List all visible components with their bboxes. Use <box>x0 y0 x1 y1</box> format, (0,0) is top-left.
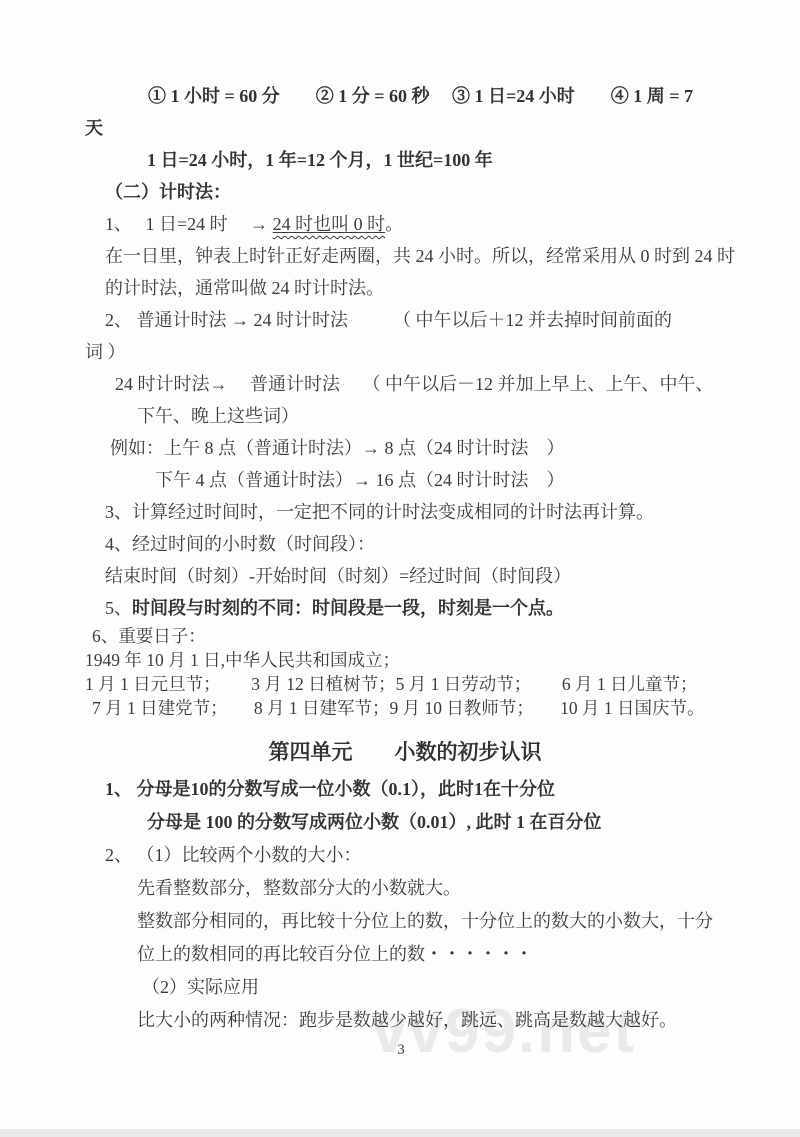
document-page: vv99.net ① 1 小时 = 60 分 ② 1 分 = 60 秒 ③ 1 … <box>0 0 800 1137</box>
timing-item-2-line-2: 词 ） <box>85 336 725 368</box>
timing-section-heading: （二）计时法： <box>85 176 725 208</box>
holidays-row-2: 7 月 1 日建党节； 8 月 1 日建军节；9 月 10 日教师节； 10 月… <box>85 696 725 720</box>
decimal-item-1-line-1: 1、 分母是10的分数写成一位小数（0.1），此时1在十分位 <box>85 773 725 806</box>
decimal-item-2: 2、 （1）比较两个小数的大小： <box>85 839 725 872</box>
founding-date-line: 1949 年 10 月 1 日,中华人民共和国成立； <box>85 648 725 672</box>
example-line-2: 下午 4 点（普通计时法）→ 16 点（24 时计时法 ） <box>85 464 725 496</box>
page-number: 3 <box>85 1042 717 1059</box>
timing-item-3: 3、计算经过时间时，一定把不同的计时法变成相同的计时法再计算。 <box>85 496 725 528</box>
conversions-line: 1 日=24 小时，1 年=12 个月，1 世纪=100 年 <box>85 144 725 176</box>
clock-paragraph-line-1: 在一日里，钟表上时针正好走两圈，共 24 小时。所以，经常采用从 0 时到 24… <box>85 240 725 272</box>
underlined-phrase: 24 时也叫 0 时 <box>273 214 386 234</box>
timing-item-5-bold: 时间段与时刻的不同：时间段是一段，时刻是一个点。 <box>132 598 564 618</box>
timing-item-5: 5、时间段与时刻的不同：时间段是一段，时刻是一个点。 <box>85 592 725 624</box>
elapsed-time-formula: 结束时间（时刻）-开始时间（时刻）=经过时间（时间段） <box>85 560 725 592</box>
timing-item-1-suffix: 。 <box>385 214 403 234</box>
application-subheading: （2）实际应用 <box>85 971 725 1004</box>
timing-item-1: 1、 1 日=24 时 → 24 时也叫 0 时。 <box>85 208 725 240</box>
timing-item-2-line-1: 2、 普通计时法 → 24 时计时法 （ 中午以后＋12 并去掉时间前面的 <box>85 304 725 336</box>
underlined-phrase-wrap: 24 时也叫 0 时 <box>273 214 386 234</box>
page-bottom-edge <box>0 1129 800 1137</box>
timing-item-1-prefix: 1、 1 日=24 时 → <box>105 214 273 234</box>
example-line-1: 例如：上午 8 点（普通计时法）→ 8 点（24 时计时法 ） <box>85 432 725 464</box>
compare-rule-line-2: 整数部分相同的，再比较十分位上的数，十分位上的数大的小数大，十分 <box>85 905 725 938</box>
holidays-row-1: 1 月 1 日元旦节； 3 月 12 日植树节；5 月 1 日劳动节； 6 月 … <box>85 672 725 696</box>
compare-rule-line-1: 先看整数部分，整数部分大的小数就大。 <box>85 872 725 905</box>
compare-rule-line-3: 位上的数相同的再比较百分位上的数・・・・・・ <box>85 938 725 971</box>
timing-item-4: 4、经过时间的小时数（时间段）： <box>85 528 725 560</box>
timing-item-2-line-3: 24 时计时法→ 普通计时法 （ 中午以后－12 并加上早上、上午、中午、 <box>85 368 725 400</box>
timing-item-2-line-4: 下午、晚上这些词） <box>85 400 725 432</box>
unit-4-heading: 第四单元 小数的初步认识 <box>85 734 725 770</box>
units-wrap-line: 天 <box>85 112 725 144</box>
timing-item-6: 6、重要日子： <box>85 624 725 648</box>
timing-item-5-prefix: 5、 <box>105 598 132 618</box>
clock-paragraph-line-2: 的计时法，通常叫做 24 时计时法。 <box>85 272 725 304</box>
decimal-section: 1、 分母是10的分数写成一位小数（0.1），此时1在十分位 分母是 100 的… <box>85 773 725 1037</box>
application-text: 比大小的两种情况：跑步是数越少越好，跳远、跳高是数越大越好。 <box>85 1004 725 1037</box>
decimal-item-1-line-2: 分母是 100 的分数写成两位小数（0.01）, 此时 1 在百分位 <box>85 806 725 839</box>
units-line: ① 1 小时 = 60 分 ② 1 分 = 60 秒 ③ 1 日=24 小时 ④… <box>85 80 725 112</box>
text-content: ① 1 小时 = 60 分 ② 1 分 = 60 秒 ③ 1 日=24 小时 ④… <box>85 80 725 1037</box>
